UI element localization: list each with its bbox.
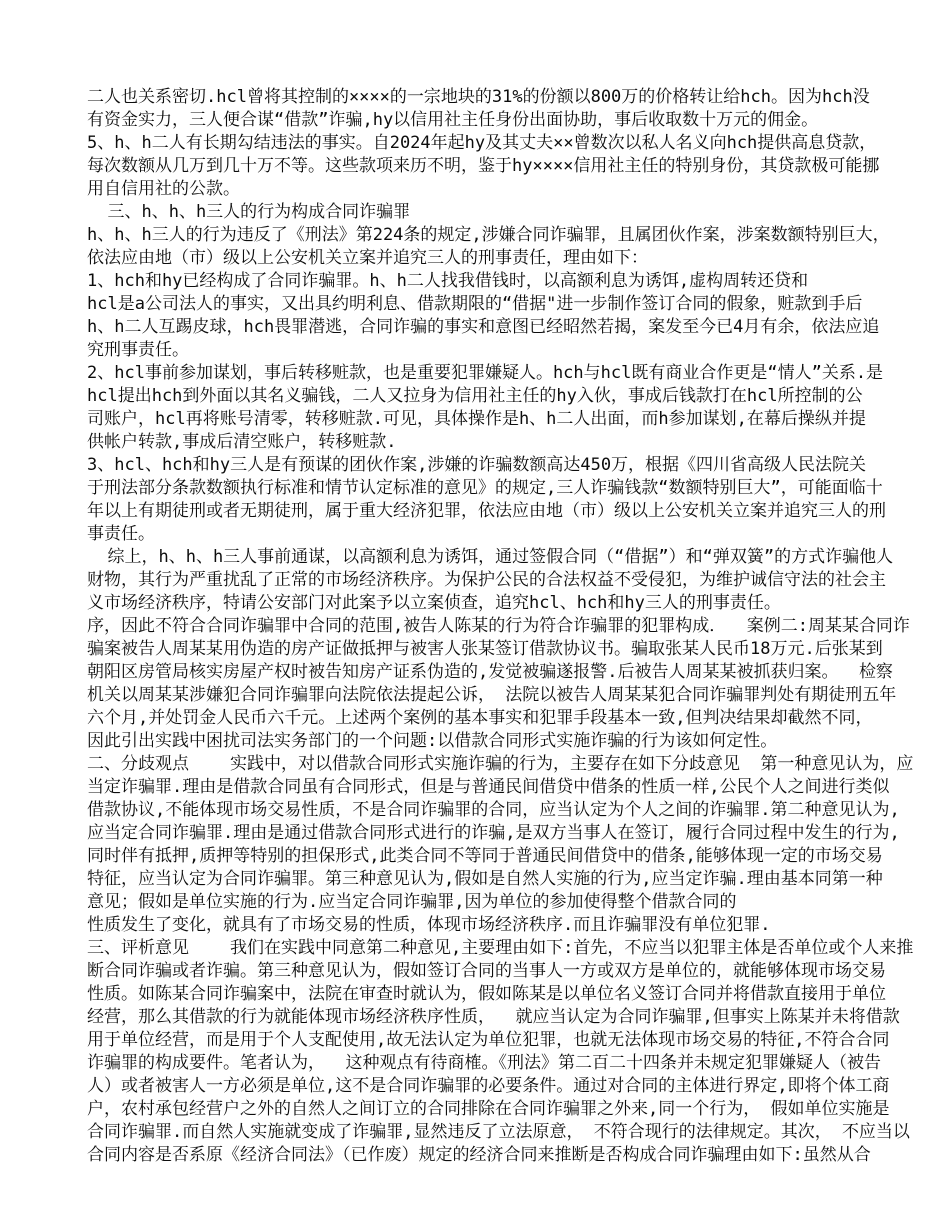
text-line: 序，因此不符合合同诈骗罪中合同的范围,被告人陈某的行为符合诈骗罪的犯罪构成． 案… (87, 615, 887, 638)
text-line: 骗案被告人周某某用伪造的房产证做抵押与被害人张某签订借款协议书。骗取张某人民币1… (87, 638, 887, 661)
text-line: 用于单位经营，而是用于个人支配使用,故无法认定为单位犯罪，也就无法体现市场交易的… (87, 1029, 887, 1052)
text-line: 机关以周某某涉嫌犯合同诈骗罪向法院依法提起公诉， 法院以被告人周某某犯合同诈骗罪… (87, 684, 887, 707)
text-line: 性质发生了变化，就具有了市场交易的性质，体现市场经济秩序.而且诈骗罪没有单位犯罪… (87, 914, 887, 937)
text-line: 户，农村承包经营户之外的自然人之间订立的合同排除在合同诈骗罪之外来,同一个行为，… (87, 1098, 887, 1121)
text-line: 于刑法部分条款数额执行标准和情节认定标准的意见》的规定,三人诈骗钱款“数额特别巨… (87, 477, 887, 500)
text-line: 综上，h、h、h三人事前通谋，以高额利息为诱饵，通过签假合同（“借据”）和“弹双… (87, 546, 887, 569)
text-line: hcl是a公司法人的事实，又出具约明利息、借款期限的“借据"进一步制作签订合同的… (87, 293, 887, 316)
document-body: 二人也关系密切.hcl曾将其控制的××××的一宗地块的31%的份额以800万的价… (87, 86, 887, 1167)
page: { "page": { "background": "#ffffff", "te… (0, 0, 950, 1230)
text-line: h、h、h三人的行为违反了《刑法》第224条的规定,涉嫌合同诈骗罪，且属团伙作案… (87, 224, 887, 247)
text-line: 经营，那么其借款的行为就能体现市场经济秩序性质， 就应当认定为合同诈骗罪,但事实… (87, 1006, 887, 1029)
text-line: 供帐户转款,事成后清空账户，转移赃款. (87, 431, 887, 454)
text-line: 合同内容是否系原《经济合同法》（已作废）规定的经济合同来推断是否构成合同诈骗理由… (87, 1144, 887, 1167)
text-line: 二、分歧观点 实践中，对以借款合同形式实施诈骗的行为，主要存在如下分歧意见 第一… (87, 753, 887, 776)
text-line: 合同诈骗罪.而自然人实施就变成了诈骗罪,显然违反了立法原意， 不符合现行的法律规… (87, 1121, 887, 1144)
text-line: 义市场经济秩序，特请公安部门对此案予以立案侦查，追究hcl、hch和hy三人的刑… (87, 592, 887, 615)
text-line: 借款协议,不能体现市场交易性质，不是合同诈骗罪的合同，应当认定为个人之间的诈骗罪… (87, 799, 887, 822)
text-line: 依法应由地（市）级以上公安机关立案并追究三人的刑事责任，理由如下： (87, 247, 887, 270)
text-line: 意见；假如是单位实施的行为.应当定合同诈骗罪,因为单位的参加使得整个借款合同的 (87, 891, 887, 914)
text-line: 财物，其行为严重扰乱了正常的市场经济秩序。为保护公民的合法权益不受侵犯，为维护诚… (87, 569, 887, 592)
text-line: 朝阳区房管局核实房屋产权时被告知房产证系伪造的,发觉被骗遂报警.后被告人周某某被… (87, 661, 887, 684)
text-line: 3、hcl、hch和hy三人是有预谋的团伙作案,涉嫌的诈骗数额高达450万，根据… (87, 454, 887, 477)
text-line: 司账户，hcl再将账号清零，转移赃款.可见，具体操作是h、h二人出面，而h参加谋… (87, 408, 887, 431)
text-line: 因此引出实践中困扰司法实务部门的一个问题:以借款合同形式实施诈骗的行为该如何定性… (87, 730, 887, 753)
text-line: 应当定合同诈骗罪.理由是通过借款合同形式进行的诈骗,是双方当事人在签订，履行合同… (87, 822, 887, 845)
text-line: 用自信用社的公款。 (87, 178, 887, 201)
text-lines: 二人也关系密切.hcl曾将其控制的××××的一宗地块的31%的份额以800万的价… (87, 86, 887, 1167)
text-line: 每次数额从几万到几十万不等。这些款项来历不明，鉴于hy××××信用社主任的特别身… (87, 155, 887, 178)
text-line: 究刑事责任。 (87, 339, 887, 362)
text-line: 事责任。 (87, 523, 887, 546)
text-line: 同时伴有抵押,质押等特别的担保形式,此类合同不等同于普通民间借贷中的借条,能够体… (87, 845, 887, 868)
text-line: 5、h、h二人有长期勾结违法的事实。自2024年起hy及其丈夫××曾数次以私人名… (87, 132, 887, 155)
text-line: 性质。如陈某合同诈骗案中，法院在审查时就认为，假如陈某是以单位名义签订合同并将借… (87, 983, 887, 1006)
text-line: 三、h、h、h三人的行为构成合同诈骗罪 (87, 201, 887, 224)
text-line: 有资金实力，三人便合谋“借款”诈骗,hy以信用社主任身份出面协助，事后收取数十万… (87, 109, 887, 132)
text-line: 1、hch和hy已经构成了合同诈骗罪。h、h二人找我借钱时，以高额利息为诱饵,虚… (87, 270, 887, 293)
text-line: 三、评析意见 我们在实践中同意第二种意见,主要理由如下:首先，不应当以犯罪主体是… (87, 937, 887, 960)
text-line: 断合同诈骗或者诈骗。第三种意见认为，假如签订合同的当事人一方或双方是单位的，就能… (87, 960, 887, 983)
text-line: 人）或者被害人一方必须是单位,这不是合同诈骗罪的必要条件。通过对合同的主体进行界… (87, 1075, 887, 1098)
text-line: 当定诈骗罪.理由是借款合同虽有合同形式，但是与普通民间借贷中借条的性质一样,公民… (87, 776, 887, 799)
text-line: 六个月,并处罚金人民币六千元。上述两个案例的基本事实和犯罪手段基本一致,但判决结… (87, 707, 887, 730)
text-line: 年以上有期徒刑或者无期徒刑，属于重大经济犯罪，依法应由地（市）级以上公安机关立案… (87, 500, 887, 523)
text-line: 特征，应当认定为合同诈骗罪。第三种意见认为,假如是自然人实施的行为,应当定诈骗.… (87, 868, 887, 891)
text-line: 二人也关系密切.hcl曾将其控制的××××的一宗地块的31%的份额以800万的价… (87, 86, 887, 109)
text-line: hcl提出hch到外面以其名义骗钱，二人又拉身为信用社主任的hy入伙，事成后钱款… (87, 385, 887, 408)
text-line: 诈骗罪的构成要件。笔者认为， 这种观点有待商榷。《刑法》第二百二十四条并未规定犯… (87, 1052, 887, 1075)
text-line: 2、hcl事前参加谋划，事后转移赃款，也是重要犯罪嫌疑人。hch与hcl既有商业… (87, 362, 887, 385)
text-line: h、h二人互踢皮球，hch畏罪潜逃，合同诈骗的事实和意图已经昭然若揭，案发至今已… (87, 316, 887, 339)
